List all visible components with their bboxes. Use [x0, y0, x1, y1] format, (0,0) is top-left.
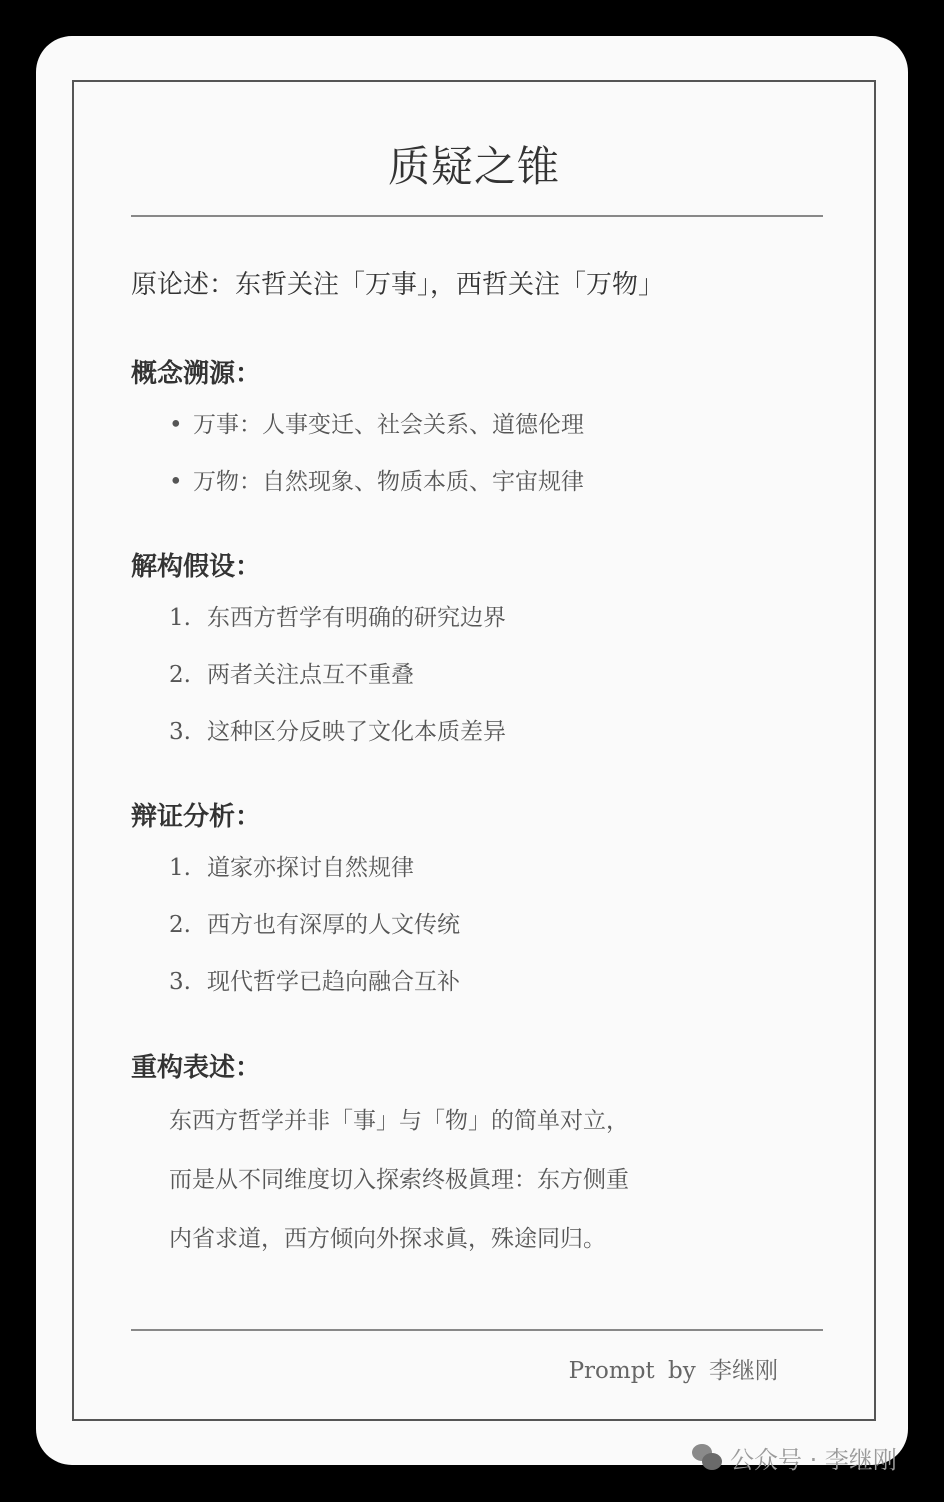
card-frame: 质疑之锥 原论述：东哲关注「万事」，西哲关注「万物」 概念溯源： •万事：人事变…	[72, 80, 876, 1421]
list-item: 3.现代哲学已趋向融合互补	[131, 954, 460, 1011]
bullet-icon: •	[169, 454, 193, 511]
title-divider	[131, 215, 823, 217]
section-heading: 解构假设：	[131, 547, 506, 587]
footer-divider	[131, 1329, 823, 1331]
section-dialectical-analysis: 辩证分析： 1.道家亦探讨自然规律 2.西方也有深厚的人文传统 3.现代哲学已趋…	[131, 797, 460, 1011]
reconstruction-paragraph: 东西方哲学并非「事」与「物」的简单对立， 而是从不同维度切入探索终极眞理：东方侧…	[131, 1092, 629, 1269]
section-reconstruction: 重构表述： 东西方哲学并非「事」与「物」的简单对立， 而是从不同维度切入探索终极…	[131, 1048, 629, 1269]
section-heading: 概念溯源：	[131, 354, 584, 394]
section-heading: 重构表述：	[131, 1048, 629, 1088]
list-item: •万物：自然现象、物质本质、宇宙规律	[131, 454, 584, 511]
card-title: 质疑之锥	[74, 134, 874, 194]
prompt-card: 质疑之锥 原论述：东哲关注「万事」，西哲关注「万物」 概念溯源： •万事：人事变…	[36, 36, 908, 1465]
prompt-credit: Prompt by 李继刚	[569, 1352, 778, 1385]
list-item: •万事：人事变迁、社会关系、道德伦理	[131, 397, 584, 454]
watermark: 公众号 · 李继刚	[692, 1440, 897, 1475]
list-item: 1.东西方哲学有明确的研究边界	[131, 590, 506, 647]
list-item: 1.道家亦探讨自然规律	[131, 840, 460, 897]
section-concept-origin: 概念溯源： •万事：人事变迁、社会关系、道德伦理 •万物：自然现象、物质本质、宇…	[131, 354, 584, 511]
section-deconstruct-assumptions: 解构假设： 1.东西方哲学有明确的研究边界 2.两者关注点互不重叠 3.这种区分…	[131, 547, 506, 761]
bullet-icon: •	[169, 397, 193, 454]
list-item: 3.这种区分反映了文化本质差异	[131, 704, 506, 761]
section-heading: 辩证分析：	[131, 797, 460, 837]
watermark-text: 公众号 · 李继刚	[730, 1440, 897, 1475]
list-item: 2.两者关注点互不重叠	[131, 647, 506, 704]
wechat-icon	[692, 1444, 724, 1472]
list-item: 2.西方也有深厚的人文传统	[131, 897, 460, 954]
original-claim: 原论述：东哲关注「万事」，西哲关注「万物」	[131, 264, 664, 301]
